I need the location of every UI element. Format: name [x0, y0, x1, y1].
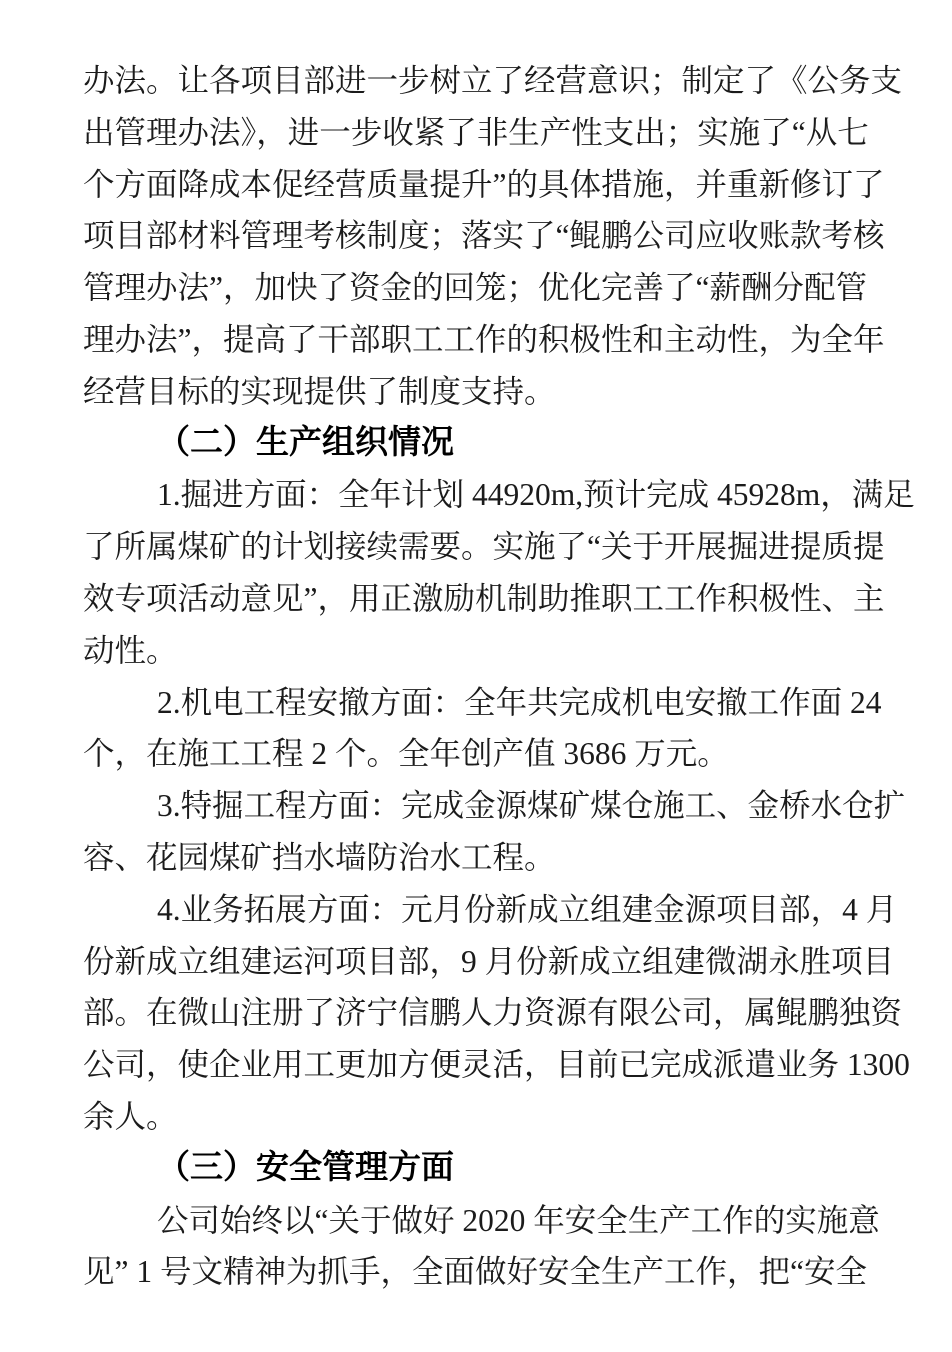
text-line: 管理办法”，加快了资金的回笼；优化完善了“薪酬分配管 — [83, 262, 910, 314]
text-line: 见” 1 号文精神为抓手，全面做好安全生产工作，把“安全 — [83, 1246, 910, 1298]
text-line: 4.业务拓展方面：元月份新成立组建金源项目部，4 月 — [83, 884, 910, 936]
text-line: 个方面降成本促经营质量提升”的具体措施，并重新修订了 — [83, 159, 910, 211]
text-line: 公司始终以“关于做好 2020 年安全生产工作的实施意 — [83, 1195, 910, 1247]
text-line: 容、花园煤矿挡水墙防治水工程。 — [83, 832, 910, 884]
section-heading-2: （二）生产组织情况 — [83, 418, 910, 470]
text-line: 项目部材料管理考核制度；落实了“鲲鹏公司应收账款考核 — [83, 210, 910, 262]
text-line: 办法。让各项目部进一步树立了经营意识；制定了《公务支 — [83, 55, 910, 107]
text-line: 动性。 — [83, 625, 910, 677]
paragraph-special-excavation: 3.特掘工程方面：完成金源煤矿煤仓施工、金桥水仓扩容、花园煤矿挡水墙防治水工程。 — [83, 780, 910, 884]
text-line: 经营目标的实现提供了制度支持。 — [83, 366, 910, 418]
text-line: 公司，使企业用工更加方便灵活，目前已完成派遣业务 1300 — [83, 1039, 910, 1091]
text-line: 余人。 — [83, 1091, 910, 1143]
text-line: 3.特掘工程方面：完成金源煤矿煤仓施工、金桥水仓扩 — [83, 780, 910, 832]
document-text-column: 办法。让各项目部进一步树立了经营意识；制定了《公务支出管理办法》，进一步收紧了非… — [83, 55, 910, 1298]
text-line: 份新成立组建运河项目部，9 月份新成立组建微湖永胜项目 — [83, 936, 910, 988]
text-line: 个，在施工工程 2 个。全年创产值 3686 万元。 — [83, 728, 910, 780]
paragraph-safety-management: 公司始终以“关于做好 2020 年安全生产工作的实施意见” 1 号文精神为抓手，… — [83, 1195, 910, 1299]
paragraph-business-expansion: 4.业务拓展方面：元月份新成立组建金源项目部，4 月份新成立组建运河项目部，9 … — [83, 884, 910, 1143]
heading-line: （三）安全管理方面 — [83, 1143, 910, 1195]
paragraph-management-measures: 办法。让各项目部进一步树立了经营意识；制定了《公务支出管理办法》，进一步收紧了非… — [83, 55, 910, 418]
text-line: 了所属煤矿的计划接续需要。实施了“关于开展掘进提质提 — [83, 521, 910, 573]
heading-line: （二）生产组织情况 — [83, 418, 910, 470]
text-line: 1.掘进方面：全年计划 44920m,预计完成 45928m，满足 — [83, 469, 910, 521]
document-page: 办法。让各项目部进一步树立了经营意识；制定了《公务支出管理办法》，进一步收紧了非… — [0, 0, 952, 1352]
text-line: 2.机电工程安撤方面：全年共完成机电安撤工作面 24 — [83, 677, 910, 729]
text-line: 出管理办法》，进一步收紧了非生产性支出；实施了“从七 — [83, 107, 910, 159]
paragraph-excavation: 1.掘进方面：全年计划 44920m,预计完成 45928m，满足了所属煤矿的计… — [83, 469, 910, 676]
text-line: 部。在微山注册了济宁信鹏人力资源有限公司，属鲲鹏独资 — [83, 987, 910, 1039]
text-line: 理办法”，提高了干部职工工作的积极性和主动性，为全年 — [83, 314, 910, 366]
section-heading-3: （三）安全管理方面 — [83, 1143, 910, 1195]
text-line: 效专项活动意见”，用正激励机制助推职工工作积极性、主 — [83, 573, 910, 625]
paragraph-mechanical-electrical: 2.机电工程安撤方面：全年共完成机电安撤工作面 24个，在施工工程 2 个。全年… — [83, 677, 910, 781]
